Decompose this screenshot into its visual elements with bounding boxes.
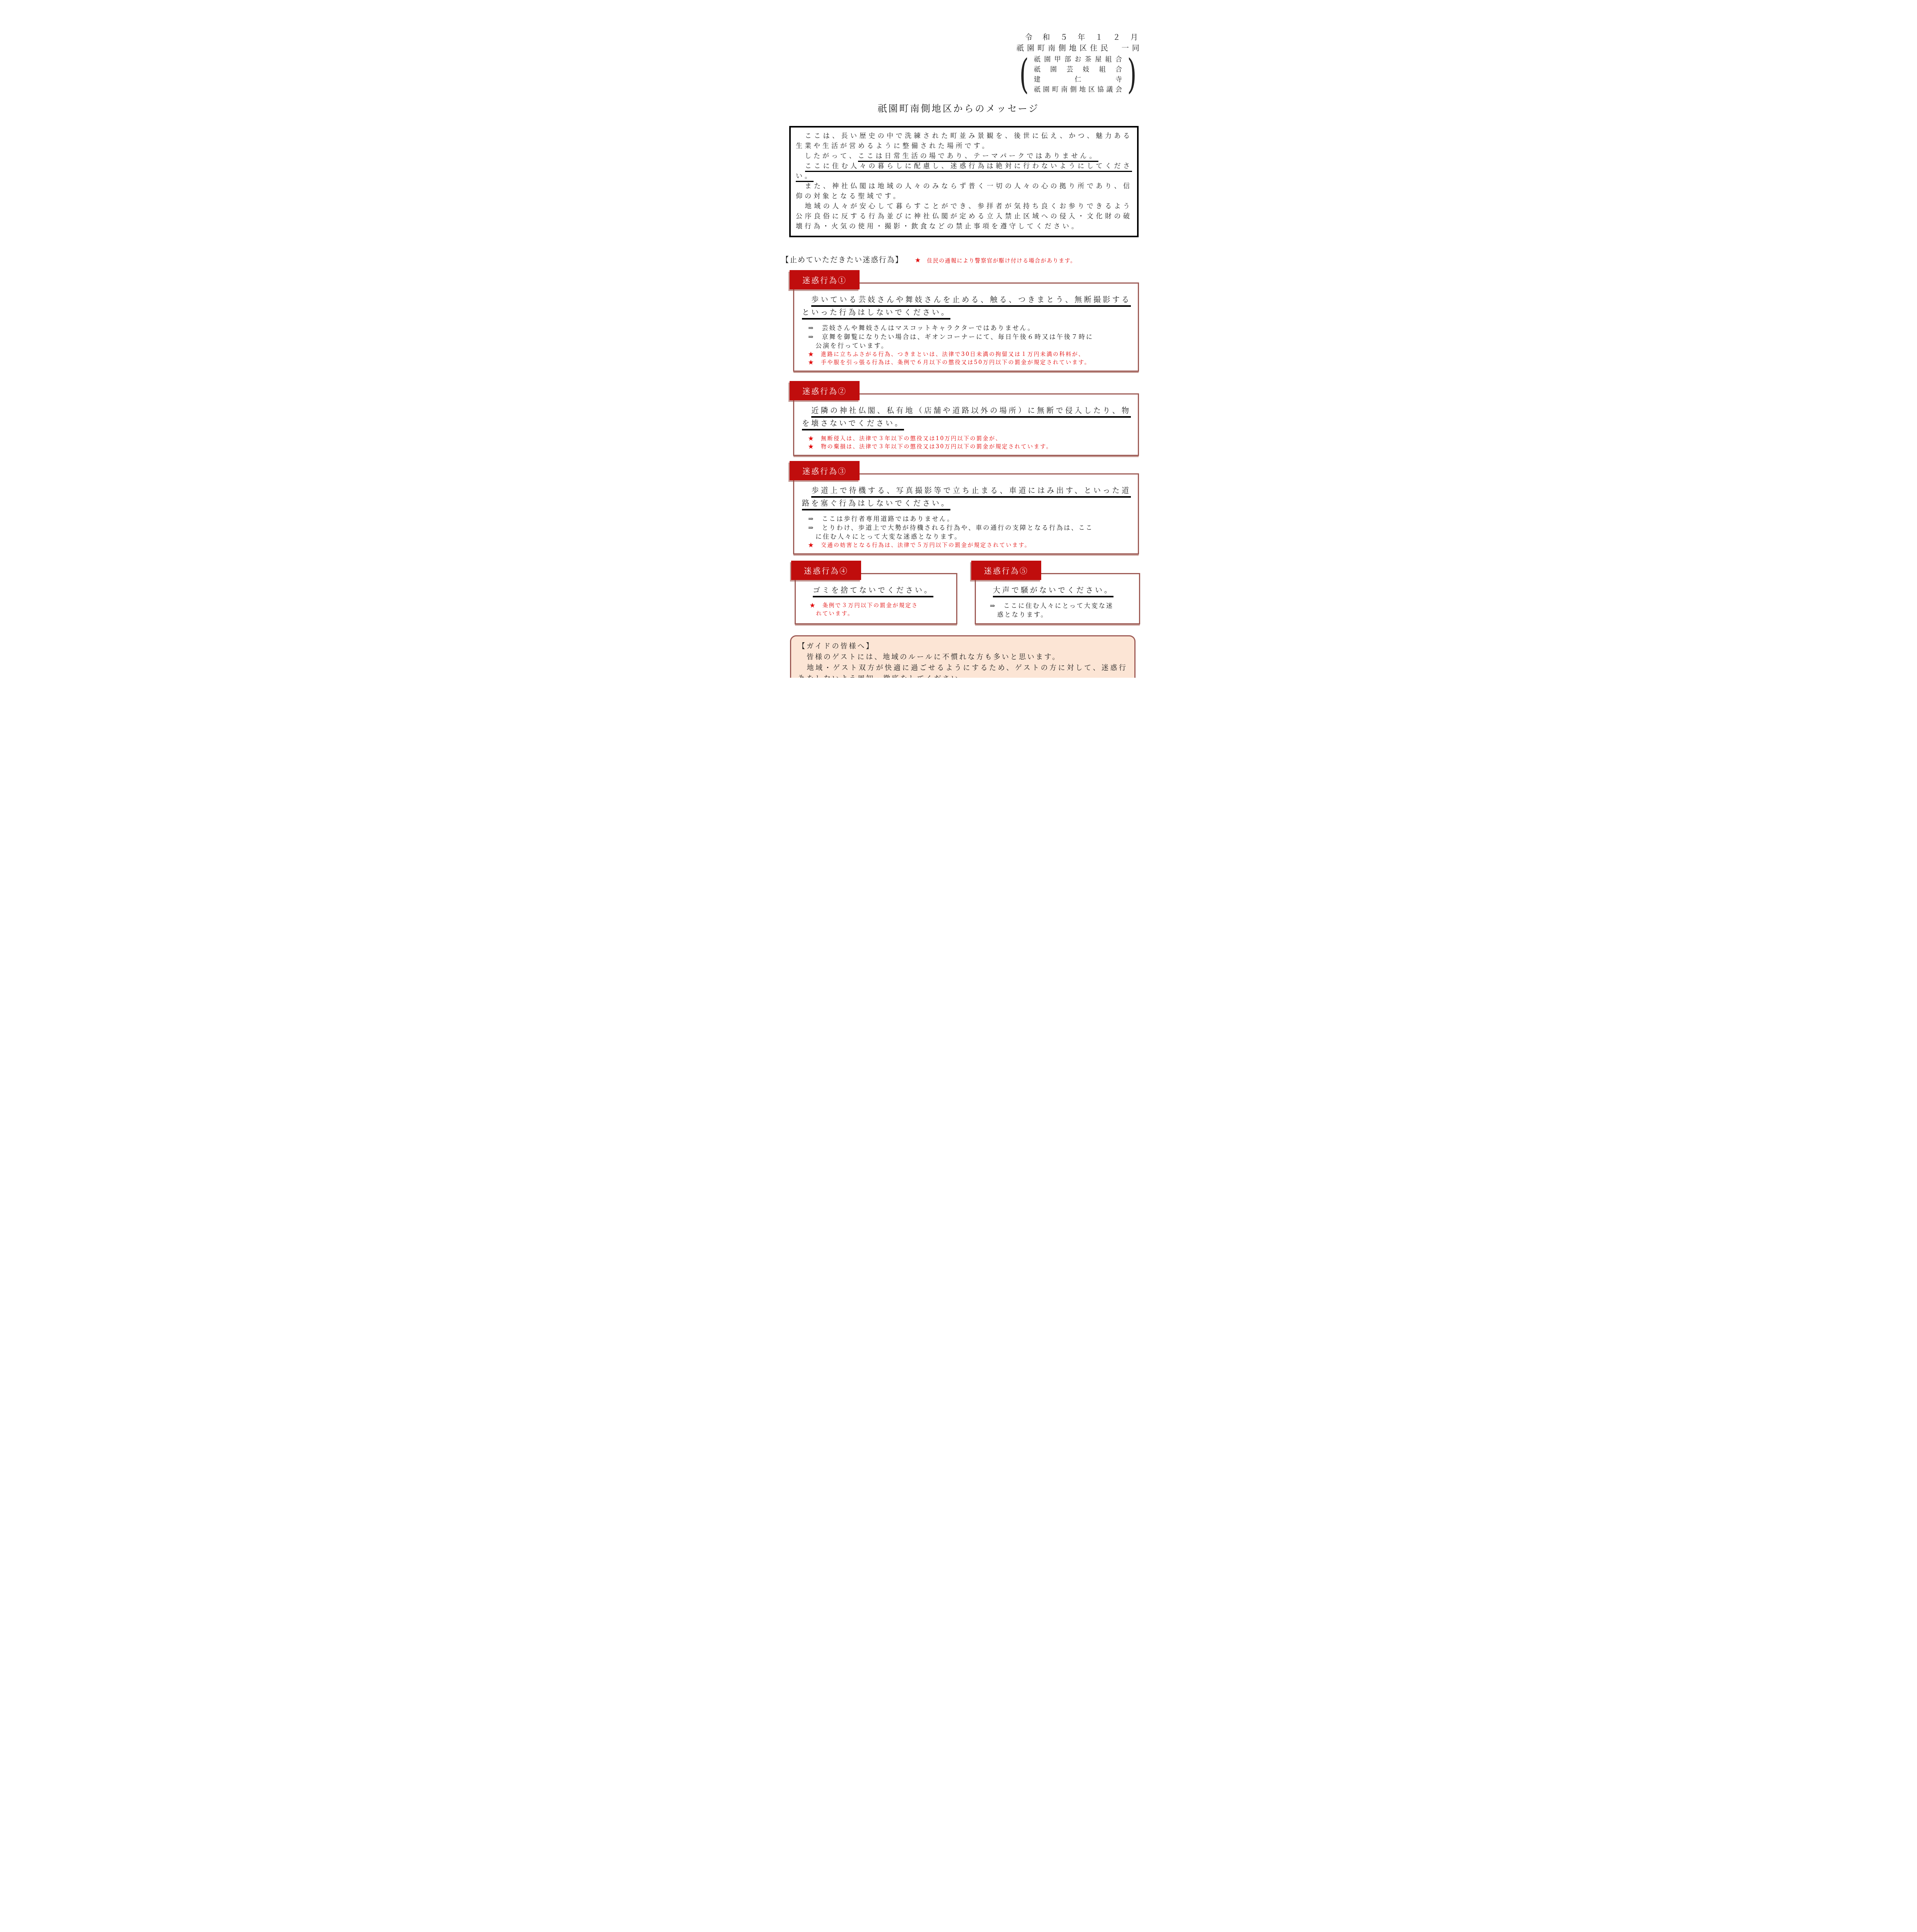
notes-group: ★ 無断侵入は、法律で３年以下の懲役又は10万円以下の罰金が、 ★ 物の棄損は、… [802,435,1131,451]
notes-group: ★ 条例で３万円以下の罰金が規定さ れています。 [804,602,949,618]
section-heading: 【止めていただきたい迷惑行為】★住民の通報により警察官が駆け付ける場合があります… [781,254,1198,265]
organization-name: 祇園芸妓組合 [1034,65,1122,75]
arrow-note-line: ⇒ とりわけ、歩道上で大勢が待機される行為や、車の通行の支障となる行為は、ここ [808,524,1131,532]
notes-group: ⇒ ここに住む人々にとって大変な迷 惑となります。 [984,602,1132,619]
penalty-note-line: ★ 手や服を引っ張る行為は、条例で６月以下の懲役又は50万円以下の罰金が規定され… [808,359,1131,367]
section-label-badge: 迷惑行為② [790,381,860,400]
section-body: 歩いている芸妓さんや舞妓さんを止める、触る、つきまとう、無断撮影するといった行為… [794,284,1138,371]
section-label-badge: 迷惑行為① [790,270,860,289]
organization-list: 祇園甲部お茶屋組合 祇園芸妓組合 建仁寺 祇園町南側地区協議会 [1032,54,1124,95]
nuisance-section-5: 迷惑行為⑤ 大声で騒がないでください。 ⇒ ここに住む人々にとって大変な迷 惑と… [975,573,1140,624]
intro-paragraph: 地域の人々が安心して暮らすことができ、参拝者が気持ち良くお参りできるよう公序良俗… [796,201,1132,231]
intro-message-box: ここは、長い歴史の中で洗練された町並み景観を、後世に伝え、かつ、魅力ある生業や生… [789,126,1139,237]
organization-bracket-group: ( 祇園甲部お茶屋組合 祇園芸妓組合 建仁寺 祇園町南側地区協議会 ) [1016,54,1139,95]
page-title: 祇園町南側地区からのメッセージ [719,101,1198,114]
corner-header: 令和５年１２月 祇園町南側地区住民 一同 ( 祇園甲部お茶屋組合 祇園芸妓組合 … [1016,32,1139,95]
intro-paragraph: ここは、長い歴史の中で洗練された町並み景観を、後世に伝え、かつ、魅力ある生業や生… [796,131,1132,151]
section-row-4-5: 迷惑行為④ ゴミを捨てないでください。 ★ 条例で３万円以下の罰金が規定さ れて… [795,573,1198,624]
notes-group: ⇒ ここは歩行者専用道路ではありません。 ⇒ とりわけ、歩道上で大勢が待機される… [802,515,1131,549]
lead-sentence: ゴミを捨てないでください。 [804,584,949,597]
arrow-note-line: ⇒ ここは歩行者専用道路ではありません。 [808,515,1131,523]
lead-sentence: 歩いている芸妓さんや舞妓さんを止める、触る、つきまとう、無断撮影するといった行為… [802,294,1131,319]
section-body: 歩道上で待機する、写真撮影等で立ち止まる、車道にはみ出す、といった道路を塞ぐ行為… [794,474,1138,553]
document-page: 令和５年１２月 祇園町南側地区住民 一同 ( 祇園甲部お茶屋組合 祇園芸妓組合 … [719,0,1198,678]
lead-sentence: 歩道上で待機する、写真撮影等で立ち止まる、車道にはみ出す、といった道路を塞ぐ行為… [802,485,1131,510]
intro-paragraph: したがって、ここは日常生活の場であり、テーマパークではありません。 [796,151,1132,161]
organization-name: 建仁寺 [1034,75,1122,85]
section-label-badge: 迷惑行為⑤ [971,561,1041,580]
arrow-note-line: 公演を行っています。 [808,342,1131,350]
penalty-note-line: れています。 [810,610,949,618]
guide-box: 【ガイドの皆様へ】 皆様のゲストには、地域のルールに不慣れな方も多いと思います。… [790,635,1136,678]
intro-paragraph: ここに住む人々の暮らしに配慮し、迷惑行為は絶対に行わないようにしてください。 [796,161,1132,181]
section-body: 大声で騒がないでください。 ⇒ ここに住む人々にとって大変な迷 惑となります。 [976,574,1139,623]
lead-sentence: 近隣の神社仏閣、私有地（店舗や道路以外の場所）に無断で侵入したり、物を壊さないで… [802,405,1131,430]
guide-paragraph: 地域・ゲスト双方が快適に過ごせるようにするため、ゲストの方に対して、迷惑行為をし… [798,663,1127,678]
arrow-note-line: ⇒ ここに住む人々にとって大変な迷 [990,602,1132,610]
date-line: 令和５年１２月 [1025,32,1138,43]
star-icon: ★ [915,257,921,264]
notes-group: ⇒ 芸妓さんや舞妓さんはマスコットキャラクターではありません。 ⇒ 京舞を御覧に… [802,324,1131,367]
arrow-note-line: 惑となります。 [990,611,1132,619]
lead-sentence: 大声で騒がないでください。 [984,584,1132,597]
section-body: ゴミを捨てないでください。 ★ 条例で３万円以下の罰金が規定さ れています。 [796,574,956,622]
penalty-note-line: ★ 進路に立ちふさがる行為、つきまといは、法律で30日未満の拘留又は１万円未満の… [808,350,1131,359]
section-label-badge: 迷惑行為③ [790,461,860,480]
bracket-left-icon: ( [1019,54,1028,95]
nuisance-section-1: 迷惑行為① 歩いている芸妓さんや舞妓さんを止める、触る、つきまとう、無断撮影する… [793,282,1139,372]
guide-title: 【ガイドの皆様へ】 [798,641,1127,652]
nuisance-section-3: 迷惑行為③ 歩道上で待機する、写真撮影等で立ち止まる、車道にはみ出す、といった道… [793,473,1139,554]
nuisance-section-2: 迷惑行為② 近隣の神社仏閣、私有地（店舗や道路以外の場所）に無断で侵入したり、物… [793,393,1139,456]
signer-line: 祇園町南側地区住民 一同 [1016,43,1139,54]
section-heading-label: 【止めていただきたい迷惑行為】 [781,256,903,264]
section-body: 近隣の神社仏閣、私有地（店舗や道路以外の場所）に無断で侵入したり、物を壊さないで… [794,395,1138,455]
arrow-note-line: ⇒ 芸妓さんや舞妓さんはマスコットキャラクターではありません。 [808,324,1131,332]
section-label-badge: 迷惑行為④ [791,561,861,580]
penalty-note-line: ★ 物の棄損は、法律で３年以下の懲役又は30万円以下の罰金が規定されています。 [808,443,1131,451]
bracket-right-icon: ) [1127,54,1136,95]
penalty-note-line: ★ 無断侵入は、法律で３年以下の懲役又は10万円以下の罰金が、 [808,435,1131,443]
organization-name: 祇園甲部お茶屋組合 [1034,54,1122,65]
arrow-note-line: ⇒ 京舞を御覧になりたい場合は、ギオンコーナーにて、毎日午後６時又は午後７時に [808,333,1131,341]
intro-paragraph: また、神社仏閣は地域の人々のみならず普く一切の人々の心の拠り所であり、信仰の対象… [796,181,1132,201]
organization-name: 祇園町南側地区協議会 [1034,85,1122,95]
arrow-note-line: に住む人々にとって大変な迷惑となります。 [808,532,1131,541]
nuisance-section-4: 迷惑行為④ ゴミを捨てないでください。 ★ 条例で３万円以下の罰金が規定さ れて… [795,573,957,624]
police-warning-note: 住民の通報により警察官が駆け付ける場合があります。 [927,258,1076,264]
guide-paragraph: 皆様のゲストには、地域のルールに不慣れな方も多いと思います。 [798,652,1127,663]
penalty-note-line: ★ 交通の妨害となる行為は、法律で５万円以下の罰金が規定されています。 [808,541,1131,549]
penalty-note-line: ★ 条例で３万円以下の罰金が規定さ [810,602,949,610]
